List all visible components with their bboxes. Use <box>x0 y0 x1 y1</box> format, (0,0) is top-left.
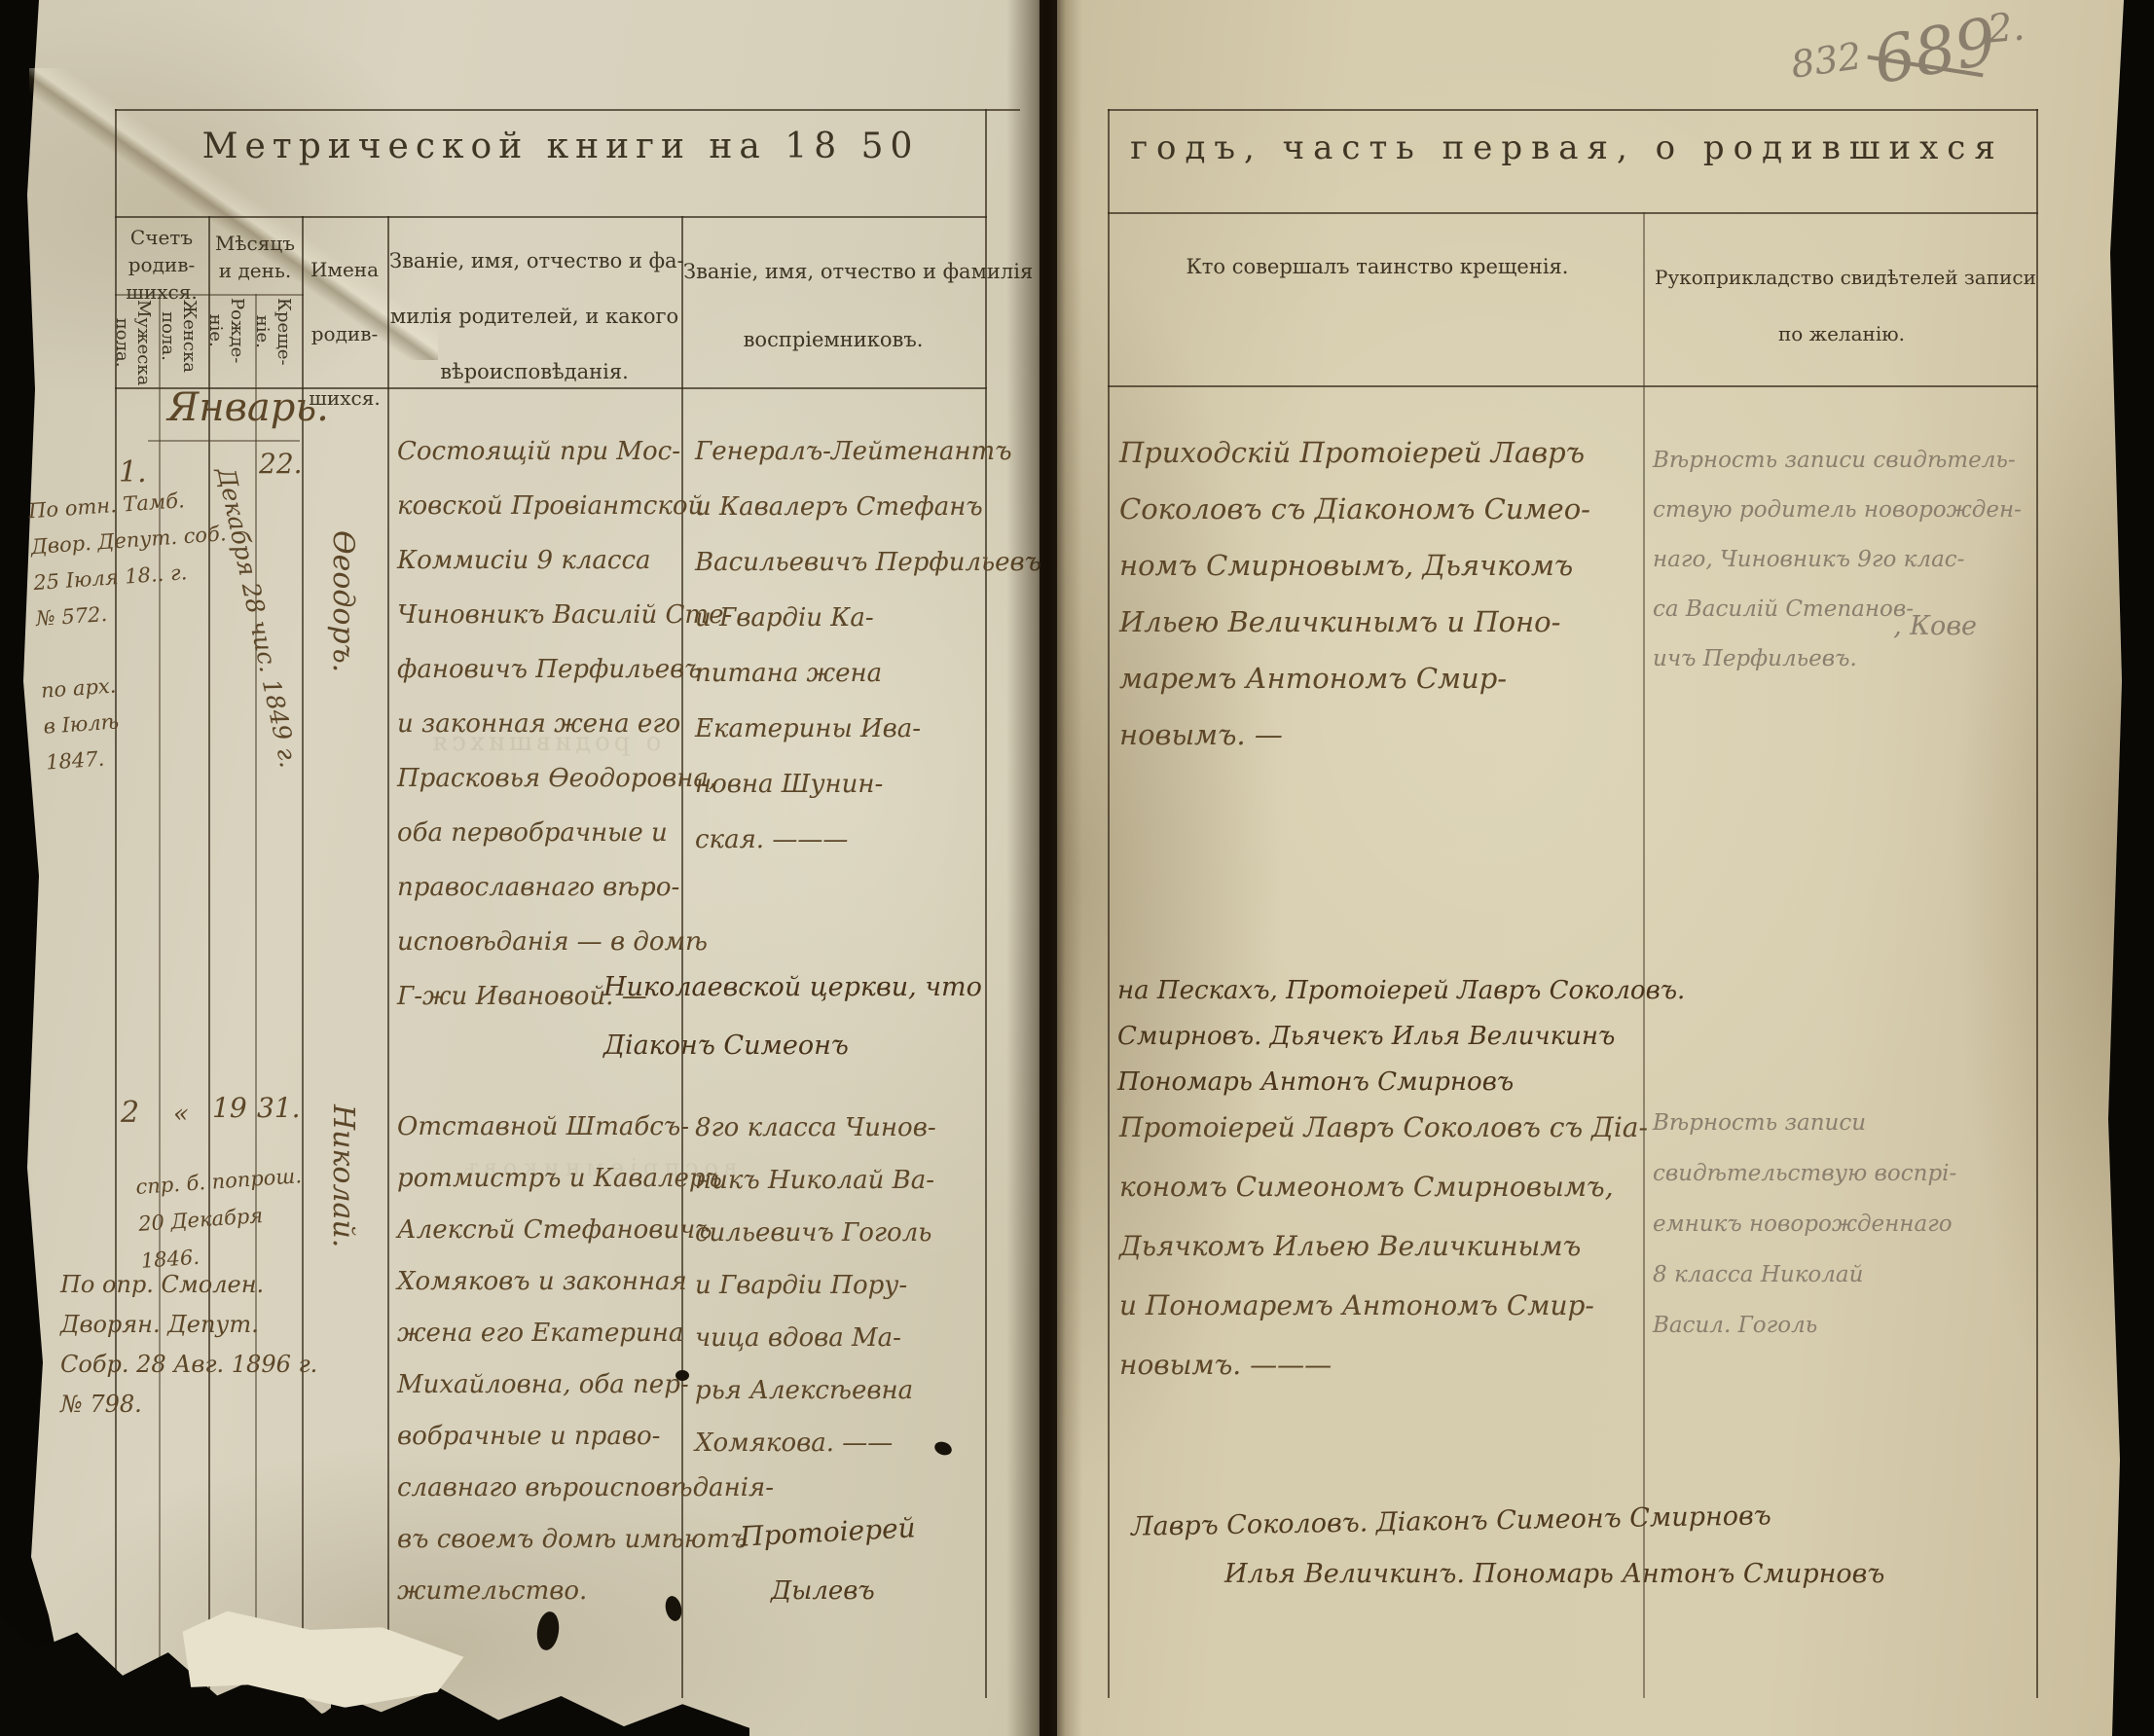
column-header-godparents: Званіе, имя, отчество и фамиліявоспріемн… <box>683 237 983 374</box>
right-header-bottom-rule <box>1108 385 2038 387</box>
entry1-margin-note: По отн. Тамб.Двор. Депут. соб.25 Іюля 18… <box>27 480 242 780</box>
right-header-top-rule <box>1108 212 2038 214</box>
month-names-divider <box>302 216 304 1698</box>
entry2-child-name: Николай. <box>326 1104 360 1248</box>
entry2-number: 2 <box>121 1096 139 1130</box>
count-month-divider <box>208 216 210 1698</box>
priest-witness-divider <box>1643 212 1645 1698</box>
entry2-priest-text: Протоіерей Лавръ Соколовъ съ Діа-кономъ … <box>1119 1098 1635 1394</box>
page-number-top: 2. <box>1986 4 2026 52</box>
bleed-through-text: о родившихся <box>428 728 661 757</box>
right-table-top-rule <box>1108 109 2038 111</box>
entry2-birth-day: 19 <box>212 1092 247 1124</box>
right-border-right-rule <box>2036 109 2038 1698</box>
ink-blot <box>675 1370 689 1381</box>
right-border-left-rule <box>1108 109 1110 1698</box>
left-page-title: Метрической книги на 18 50 <box>136 127 985 166</box>
entry1-baptism-day: 22. <box>259 448 303 480</box>
month-label: Январь. <box>167 385 329 430</box>
birth-baptism-divider <box>255 294 257 1698</box>
column-header-male: Мужескапола. <box>111 300 154 385</box>
left-header-top-rule <box>115 216 987 218</box>
bleed-through-text-2: воспріемниковъ <box>457 1154 738 1181</box>
entry2-baptism-day: 31. <box>257 1092 301 1124</box>
signature-right-line2: Илья Величкинъ. Пономарь Антонъ Смирновъ <box>1224 1559 1884 1589</box>
entry2-margin-note-2: По опр. Смолен.Дворян. Депут.Собр. 28 Ав… <box>60 1265 317 1425</box>
church-note-right: на Пескахъ, Протоіерей Лавръ Соколовъ.См… <box>1117 968 1685 1105</box>
column-header-count: Счетъродив-шихся. <box>115 224 208 306</box>
entry2-witness-text: Вѣрность записисвидѣтельствую воспрі-емн… <box>1653 1098 2032 1351</box>
entry1-number: 1. <box>119 455 147 489</box>
entry2-month-ditto: « <box>173 1100 189 1129</box>
signature-left-line2: Дылевъ <box>771 1576 875 1606</box>
entry1-parents-text: Состоящій при Мос-ковской ПровіантскойКо… <box>397 424 681 1024</box>
right-page-title: годъ, часть первая, о родившихся <box>1129 128 2005 167</box>
pencil-word: ‚ Кове <box>1893 611 1977 641</box>
names-parents-divider <box>387 216 389 1698</box>
column-header-witnesses: Рукоприкладство свидѣтелей записипо жела… <box>1655 249 2028 362</box>
entry2-margin-note: спр. б. попрош.20 Декабря1846. <box>134 1157 308 1280</box>
metric-book-scan: Метрической книги на 18 50 Счетъродив-ши… <box>0 0 2154 1736</box>
church-note-left: Николаевской церкви, чтоДіаконъ Симеонъ <box>603 958 982 1075</box>
left-table-right-rule <box>985 109 987 1698</box>
column-header-priest: Кто совершалъ таинство крещенія. <box>1119 253 1635 280</box>
column-header-month: Мѣсяцъи день. <box>208 230 302 284</box>
column-header-baptism: Креще-ніе. <box>251 298 294 366</box>
left-table-top-rule <box>115 109 1020 111</box>
column-header-female: Женскапола. <box>157 300 200 373</box>
month-label-underline <box>148 440 300 442</box>
column-header-birth: Рожде-ніе. <box>204 298 247 363</box>
entry1-witness-text: Вѣрность записи свидѣтель-ствую родитель… <box>1653 436 2032 684</box>
entry1-godparents-text: Генералъ-Лейтенантъи Кавалеръ СтефанъВас… <box>695 424 983 868</box>
column-header-parents: Званіе, имя, отчество и фа-милія родител… <box>389 234 679 400</box>
entry2-godparents-text: 8го класса Чинов-никъ Николай Ва-сильеви… <box>695 1102 983 1469</box>
entry1-child-name: Ѳеодоръ. <box>326 530 360 672</box>
entry1-priest-text: Приходскій Протоіерей ЛавръСоколовъ съ Д… <box>1119 424 1629 763</box>
